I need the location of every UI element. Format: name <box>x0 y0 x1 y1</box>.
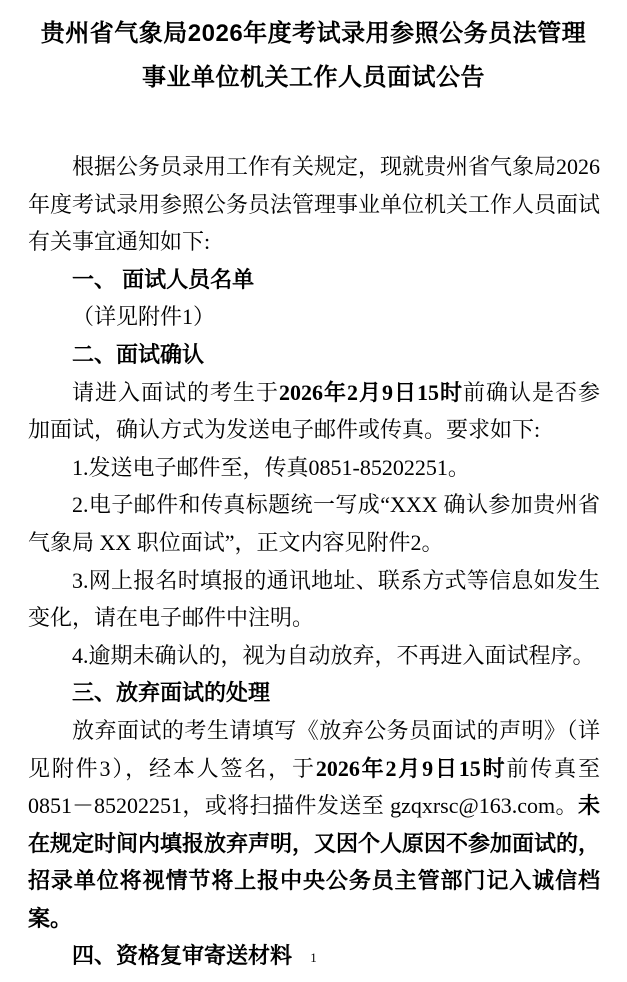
section-2-intro-paragraph: 请进入面试的考生于2026年2月9日15时前确认是否参加面试，确认方式为发送电子… <box>28 374 600 449</box>
page-number: 1 <box>0 950 627 966</box>
intro-paragraph: 根据公务员录用工作有关规定，现就贵州省气象局2026年度考试录用参照公务员法管理… <box>28 148 600 261</box>
text-run: 请进入面试的考生于 <box>72 380 279 405</box>
list-item-4: 4.逾期未确认的，视为自动放弃，不再进入面试程序。 <box>28 637 600 675</box>
announcement-document: 贵州省气象局2026年度考试录用参照公务员法管理 事业单位机关工作人员面试公告 … <box>0 0 627 982</box>
section-3-paragraph: 放弃面试的考生请填写《放弃公务员面试的声明》（详见附件3），经本人签名，于202… <box>28 712 600 938</box>
confirmation-deadline-bold: 2026年2月9日15时 <box>279 380 463 405</box>
list-item-2: 2.电子邮件和传真标题统一写成“XXX 确认参加贵州省气象局 XX 职位面试”，… <box>28 486 600 561</box>
section-3-heading: 三、放弃面试的处理 <box>28 674 600 712</box>
section-1-note: （详见附件1） <box>28 298 600 336</box>
document-body: 根据公务员录用工作有关规定，现就贵州省气象局2026年度考试录用参照公务员法管理… <box>28 148 600 975</box>
waiver-deadline-bold: 2026年2月9日15时 <box>316 756 507 781</box>
document-title: 贵州省气象局2026年度考试录用参照公务员法管理 事业单位机关工作人员面试公告 <box>0 0 627 100</box>
document-title-line-2: 事业单位机关工作人员面试公告 <box>0 56 627 100</box>
list-item-1: 1.发送电子邮件至，传真0851-85202251。 <box>28 449 600 487</box>
document-title-line-1: 贵州省气象局2026年度考试录用参照公务员法管理 <box>0 12 627 56</box>
section-2-heading: 二、面试确认 <box>28 336 600 374</box>
list-item-3: 3.网上报名时填报的通讯地址、联系方式等信息如发生变化，请在电子邮件中注明。 <box>28 562 600 637</box>
section-1-heading: 一、 面试人员名单 <box>28 261 600 299</box>
